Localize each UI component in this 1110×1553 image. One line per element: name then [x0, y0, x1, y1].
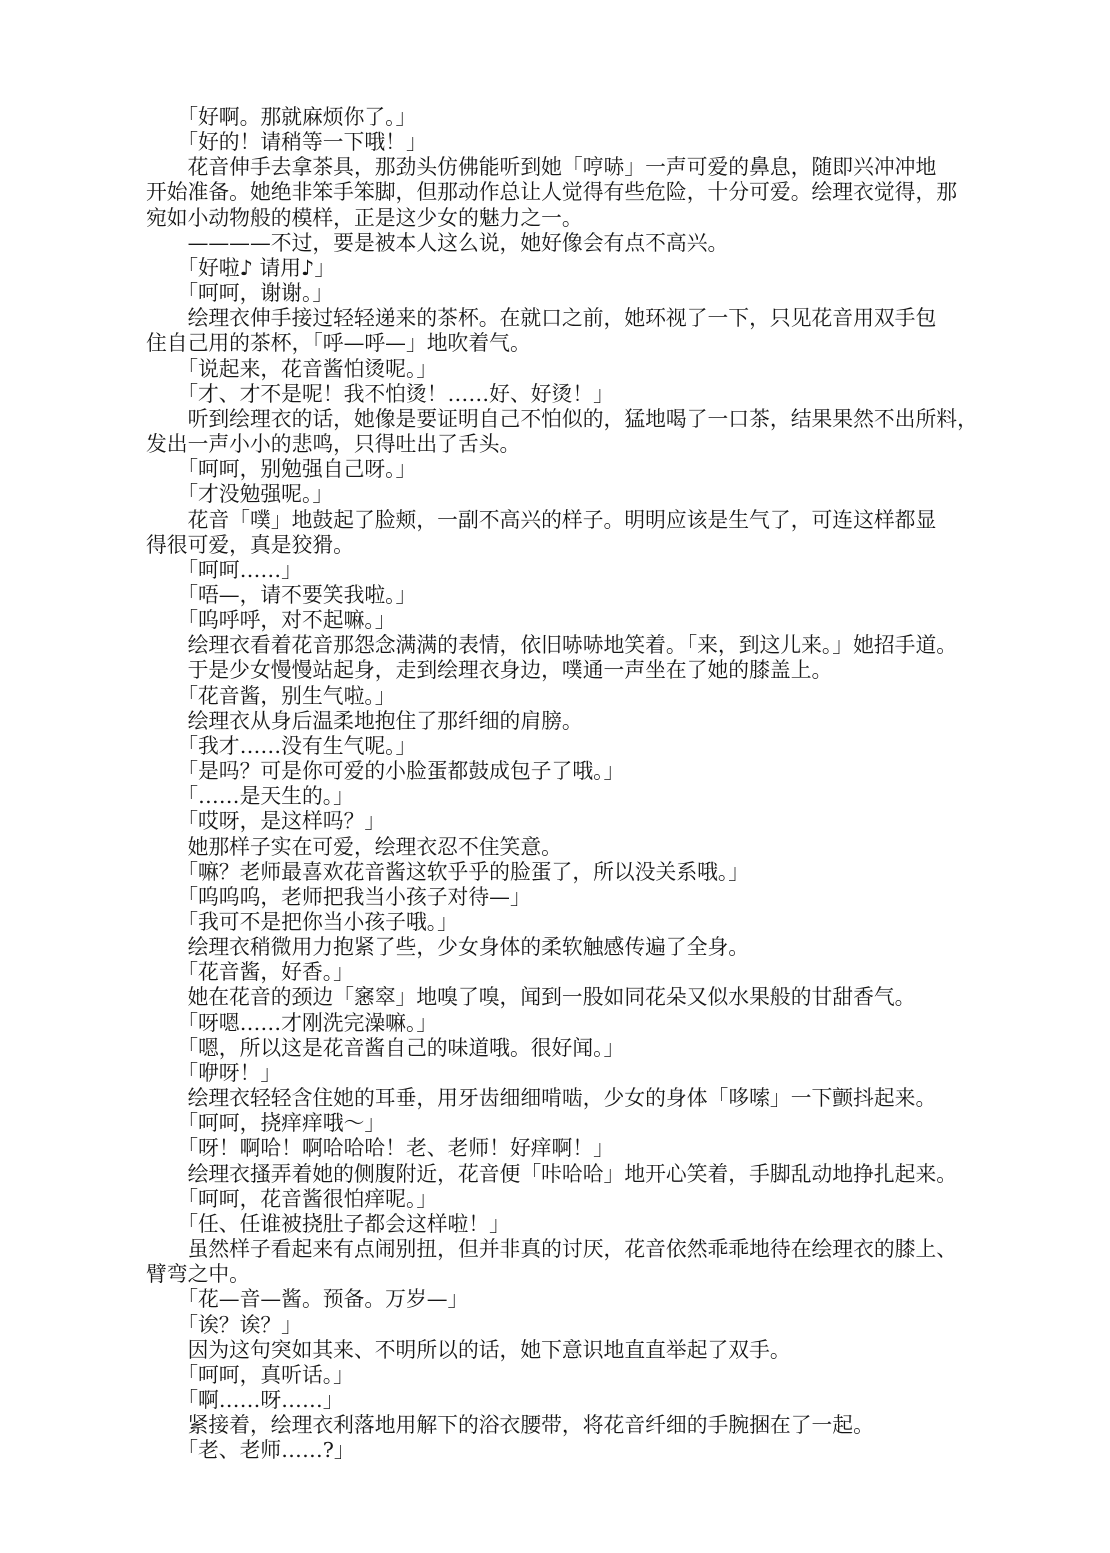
text-line: 「好啊。那就麻烦你了。」: [146, 105, 978, 130]
text-line: 她在花音的颈边「窸窣」地嗅了嗅，闻到一股如同花朵又似水果般的甘甜香气。: [146, 985, 978, 1010]
text-line: 发出一声小小的悲鸣，只得吐出了舌头。: [146, 432, 978, 457]
text-line: 「我才……没有生气呢。」: [146, 734, 978, 759]
text-line: 「是吗？可是你可爱的小脸蛋都鼓成包子了哦。」: [146, 759, 978, 784]
text-line: 得很可爱，真是狡猾。: [146, 533, 978, 558]
text-line: 「唔—，请不要笑我啦。」: [146, 583, 978, 608]
text-line: 「老、老师……?」: [146, 1438, 978, 1463]
text-line: 「呵呵，挠痒痒哦～」: [146, 1111, 978, 1136]
text-line: 「呵呵，谢谢。」: [146, 281, 978, 306]
text-line: 开始准备。她绝非笨手笨脚，但那动作总让人觉得有些危险，十分可爱。绘理衣觉得，那: [146, 180, 978, 205]
text-line: 她那样子实在可爱，绘理衣忍不住笑意。: [146, 835, 978, 860]
text-line: 「我可不是把你当小孩子哦。」: [146, 910, 978, 935]
text-line: 花音伸手去拿茶具，那劲头仿佛能听到她「哼哧」一声可爱的鼻息，随即兴冲冲地: [146, 155, 978, 180]
text-line: 「好的！请稍等一下哦！」: [146, 130, 978, 155]
text-line: 「呀！啊哈！啊哈哈哈！老、老师！好痒啊！」: [146, 1136, 978, 1161]
text-line: 「好啦♪ 请用♪」: [146, 256, 978, 281]
text-line: 「呵呵，真听话。」: [146, 1363, 978, 1388]
text-line: 「花音酱，好香。」: [146, 960, 978, 985]
text-line: 「咿呀！」: [146, 1061, 978, 1086]
text-line: 因为这句突如其来、不明所以的话，她下意识地直直举起了双手。: [146, 1338, 978, 1363]
document-page: 「好啊。那就麻烦你了。」 「好的！请稍等一下哦！」 花音伸手去拿茶具，那劲头仿佛…: [0, 0, 1110, 1553]
text-line: 住自己用的茶杯，「呼—呼—」地吹着气。: [146, 331, 978, 356]
text-line: 「哎呀，是这样吗？」: [146, 809, 978, 834]
text-line: 花音「噗」地鼓起了脸颊，一副不高兴的样子。明明应该是生气了，可连这样都显: [146, 508, 978, 533]
text-line: 「呜呼呼，对不起嘛。」: [146, 608, 978, 633]
text-line: 「呵呵，别勉强自己呀。」: [146, 457, 978, 482]
text-line: 「说起来，花音酱怕烫呢。」: [146, 357, 978, 382]
text-line: 虽然样子看起来有点闹别扭，但并非真的讨厌，花音依然乖乖地待在绘理衣的膝上、: [146, 1237, 978, 1262]
text-line: ————不过，要是被本人这么说，她好像会有点不高兴。: [146, 231, 978, 256]
text-line: 绘理衣轻轻含住她的耳垂，用牙齿细细啃啮，少女的身体「哆嗦」一下颤抖起来。: [146, 1086, 978, 1111]
text-line: 绘理衣看着花音那怨念满满的表情，依旧哧哧地笑着。「来，到这儿来。」她招手道。: [146, 633, 978, 658]
text-line: 宛如小动物般的模样，正是这少女的魅力之一。: [146, 206, 978, 231]
text-line: 「嗯，所以这是花音酱自己的味道哦。很好闻。」: [146, 1036, 978, 1061]
text-line: 臂弯之中。: [146, 1262, 978, 1287]
text-line: 绘理衣伸手接过轻轻递来的茶杯。在就口之前，她环视了一下，只见花音用双手包: [146, 306, 978, 331]
text-line: 「……是天生的。」: [146, 784, 978, 809]
text-line: 紧接着，绘理衣利落地用解下的浴衣腰带，将花音纤细的手腕捆在了一起。: [146, 1413, 978, 1438]
text-line: 「呵呵，花音酱很怕痒呢。」: [146, 1187, 978, 1212]
text-line: 「花音酱，别生气啦。」: [146, 684, 978, 709]
text-line: 「呜呜呜，老师把我当小孩子对待—」: [146, 885, 978, 910]
text-line: 「呀嗯……才刚洗完澡嘛。」: [146, 1011, 978, 1036]
text-line: 「花—音—酱。预备。万岁—」: [146, 1287, 978, 1312]
text-line: 听到绘理衣的话，她像是要证明自己不怕似的，猛地喝了一口茶，结果果然不出所料，: [146, 407, 978, 432]
text-line: 「啊……呀……」: [146, 1388, 978, 1413]
text-line: 「才没勉强呢。」: [146, 482, 978, 507]
text-line: 绘理衣搔弄着她的侧腹附近，花音便「咔哈哈」地开心笑着，手脚乱动地挣扎起来。: [146, 1162, 978, 1187]
text-line: 「呵呵……」: [146, 558, 978, 583]
text-line: 「任、任谁被挠肚子都会这样啦！」: [146, 1212, 978, 1237]
text-line: 绘理衣稍微用力抱紧了些，少女身体的柔软触感传遍了全身。: [146, 935, 978, 960]
text-line: 「嘛？老师最喜欢花音酱这软乎乎的脸蛋了，所以没关系哦。」: [146, 860, 978, 885]
text-line: 于是少女慢慢站起身，走到绘理衣身边，噗通一声坐在了她的膝盖上。: [146, 658, 978, 683]
text-block: 「好啊。那就麻烦你了。」 「好的！请稍等一下哦！」 花音伸手去拿茶具，那劲头仿佛…: [146, 105, 978, 1463]
text-line: 「诶？诶？」: [146, 1313, 978, 1338]
text-line: 「才、才不是呢！我不怕烫！……好、好烫！」: [146, 382, 978, 407]
text-line: 绘理衣从身后温柔地抱住了那纤细的肩膀。: [146, 709, 978, 734]
